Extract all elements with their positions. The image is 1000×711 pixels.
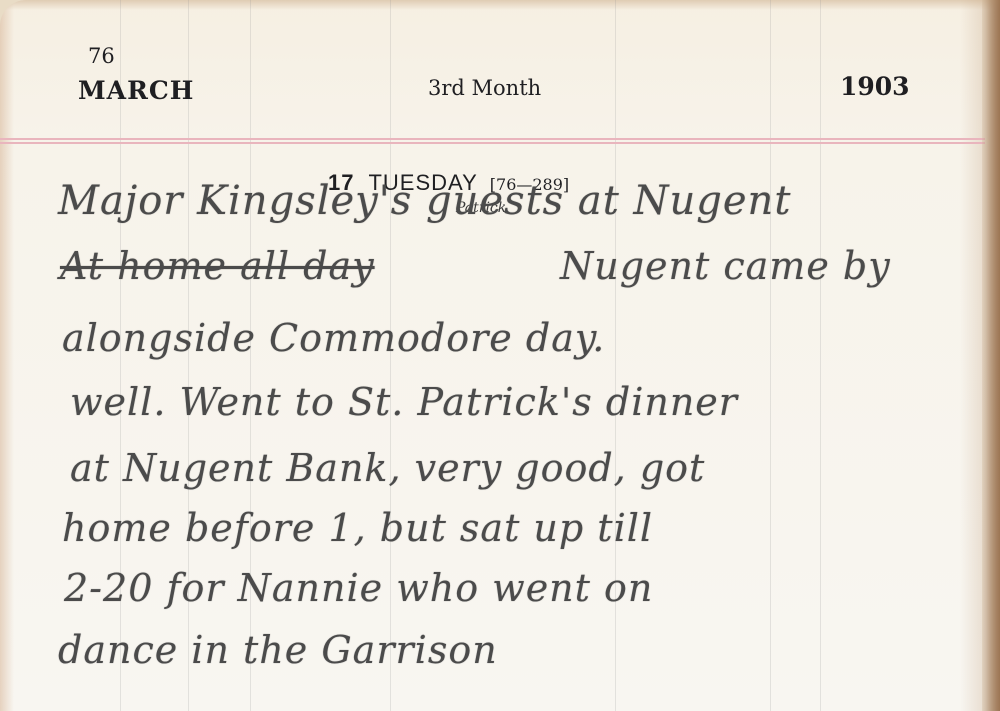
entry-line-struck: At home all day [60,244,375,288]
month-heading: MARCH [78,76,194,105]
year-heading: 1903 [840,72,910,101]
entry-line: well. Went to St. Patrick's dinner [70,380,738,424]
header-rule-lower [0,142,985,144]
entry-line: at Nugent Bank, very good, got [70,446,705,490]
entry-line: alongside Commodore day. [62,316,605,360]
page-top-edge [0,0,1000,10]
column-rule [770,0,771,711]
column-rule [820,0,821,711]
entry-line: home before 1, but sat up till [62,506,653,550]
entry-line: dance in the Garrison [58,628,498,672]
entry-line: Nugent came by [560,244,891,288]
header-rule-upper [0,138,985,140]
book-gutter [982,0,1000,711]
page-number: 76 [88,44,115,68]
diary-page: 76 MARCH 3rd Month 1903 17TUESDAY[76—289… [0,0,1000,711]
entry-line: Major Kingsley's guests at Nugent [58,178,791,224]
entry-line: 2-20 for Nannie who went on [64,566,653,610]
month-ordinal: 3rd Month [428,76,541,100]
